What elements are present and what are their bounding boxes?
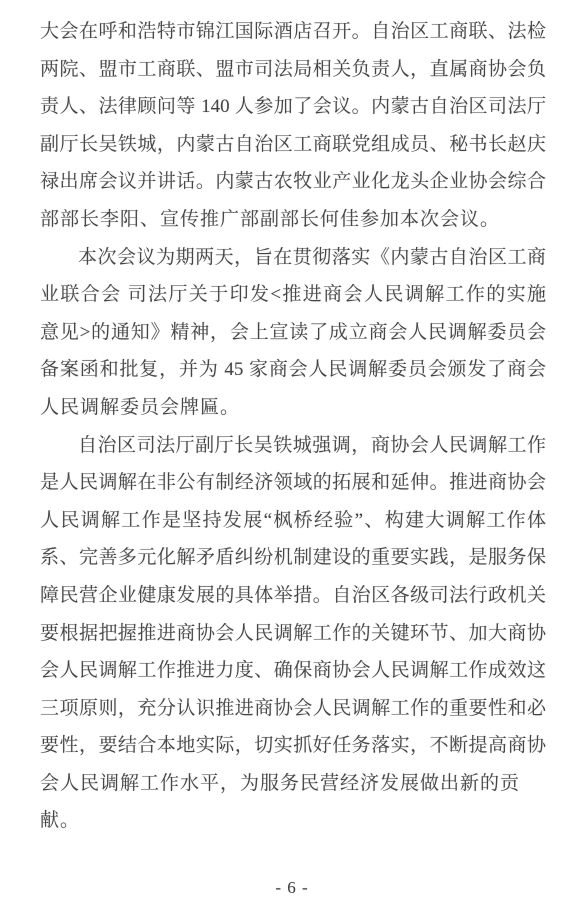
text-line: 要根据把握推进商协会人民调解工作的关键环节、加大商协 (40, 615, 546, 653)
text-line: 意见>的通知》精神，会上宣读了成立商会人民调解委员会 (40, 314, 546, 352)
text-line: 会人民调解工作推进力度、确保商协会人民调解工作成效这 (40, 652, 546, 690)
text-line: 部部长李阳、宣传推广部副部长何佳参加本次会议。 (40, 201, 546, 239)
page-body: 大会在呼和浩特市锦江国际酒店召开。自治区工商联、法检 两院、盟市工商联、盟市司法… (40, 13, 546, 802)
text-line: 人民调解委员会牌匾。 (40, 389, 546, 427)
text-line: 系、完善多元化解矛盾纠纷机制建设的重要实践，是服务保 (40, 539, 546, 577)
text-line: 副厅长吴铁城，内蒙古自治区工商联党组成员、秘书长赵庆 (40, 126, 546, 164)
text-line: 自治区司法厅副厅长吴铁城强调，商协会人民调解工作 (40, 427, 546, 465)
text-line: 备案函和批复，并为 45 家商会人民调解委员会颁发了商会 (40, 351, 546, 389)
document-page: 大会在呼和浩特市锦江国际酒店召开。自治区工商联、法检 两院、盟市工商联、盟市司法… (0, 0, 584, 905)
page-number: - 6 - (0, 876, 584, 900)
text-line: 要性，要结合本地实际，切实抓好任务落实，不断提高商协 (40, 727, 546, 765)
text-line: 障民营企业健康发展的具体举措。自治区各级司法行政机关 (40, 577, 546, 615)
text-line: 大会在呼和浩特市锦江国际酒店召开。自治区工商联、法检 (40, 13, 546, 51)
text-line: 是人民调解在非公有制经济领域的拓展和延伸。推进商协会 (40, 464, 546, 502)
text-line: 三项原则，充分认识推进商协会人民调解工作的重要性和必 (40, 690, 546, 728)
text-line: 本次会议为期两天，旨在贯彻落实《内蒙古自治区工商 (40, 239, 546, 277)
text-line: 人民调解工作是坚持发展“枫桥经验”、构建大调解工作体 (40, 502, 546, 540)
text-line: 两院、盟市工商联、盟市司法局相关负责人，直属商协会负 (40, 51, 546, 89)
text-line: 业联合会 司法厅关于印发<推进商会人民调解工作的实施 (40, 276, 546, 314)
text-line: 会人民调解工作水平，为服务民营经济发展做出新的贡献。 (40, 765, 546, 803)
text-line: 责人、法律顾问等 140 人参加了会议。内蒙古自治区司法厅 (40, 88, 546, 126)
text-line: 禄出席会议并讲话。内蒙古农牧业产业化龙头企业协会综合 (40, 163, 546, 201)
